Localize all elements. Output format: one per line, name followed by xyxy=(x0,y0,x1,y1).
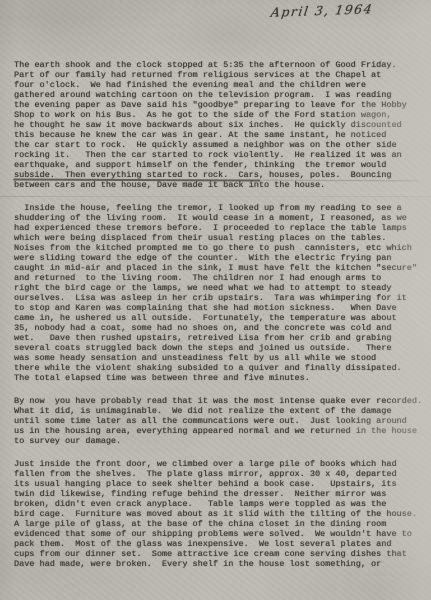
handwritten-date: April 3, 1964 xyxy=(270,1,374,20)
letter-body: The earth shook and the clock stopped at… xyxy=(14,60,426,582)
scanned-letter-page: April 3, 1964 The earth shook and the cl… xyxy=(0,0,431,600)
paragraph-earthquake-start: The earth shook and the clock stopped at… xyxy=(14,60,426,190)
paragraph-most-intense-quake: By now you have probably read that it wa… xyxy=(14,396,426,446)
paper-crease xyxy=(0,196,431,197)
paragraph-inside-house: Inside the house, feeling the tremor, I … xyxy=(14,203,426,383)
paragraph-damage-survey: Just inside the front door, we climbed o… xyxy=(14,459,426,569)
